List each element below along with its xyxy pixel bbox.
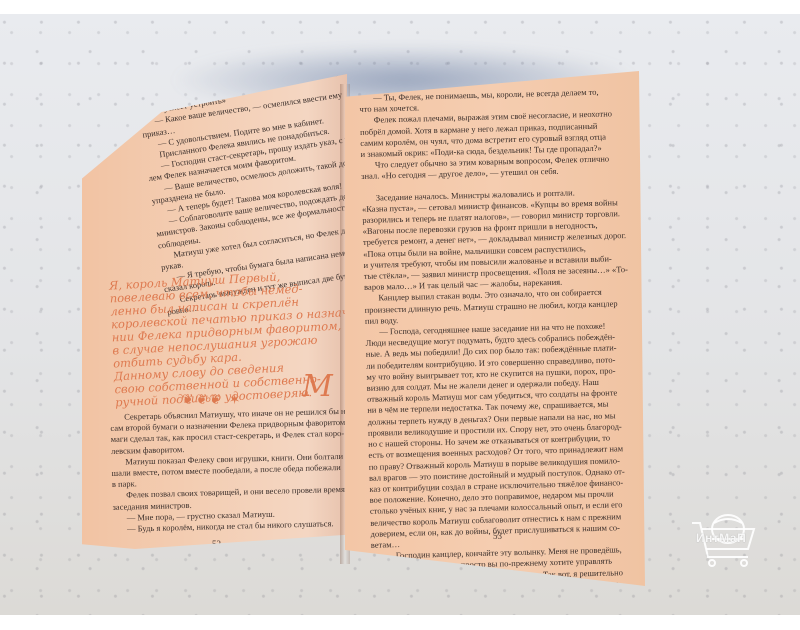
page-number-right: 53 [493, 531, 502, 541]
left-page: «Всё сказать, что он королевский фаворит… [82, 74, 347, 549]
page-number-left: 52 [212, 539, 221, 549]
flourish-ornament-icon: ❦❦❦ ✶ [182, 392, 242, 409]
store-watermark: ИнтМаП [690, 509, 760, 584]
right-page-text: — Ты, Фелек, не понимаешь, мы, короли, н… [359, 86, 645, 586]
right-page: — Ты, Фелек, не понимаешь, мы, короли, н… [345, 71, 645, 586]
text-line: заявляю: нет! Сто тысяч чертей и бочка п… [372, 577, 645, 586]
handwritten-decree: Я, король Матиуш Первый, повелеваю всем,… [109, 269, 326, 410]
watermark-text: ИнтМаП [696, 531, 746, 545]
countertop-photo: «Всё сказать, что он королевский фаворит… [0, 14, 800, 615]
left-page-bottom-text: Секретарь объяснил Матиушу, что иначе он… [110, 406, 347, 535]
royal-monogram: M [302, 369, 333, 404]
